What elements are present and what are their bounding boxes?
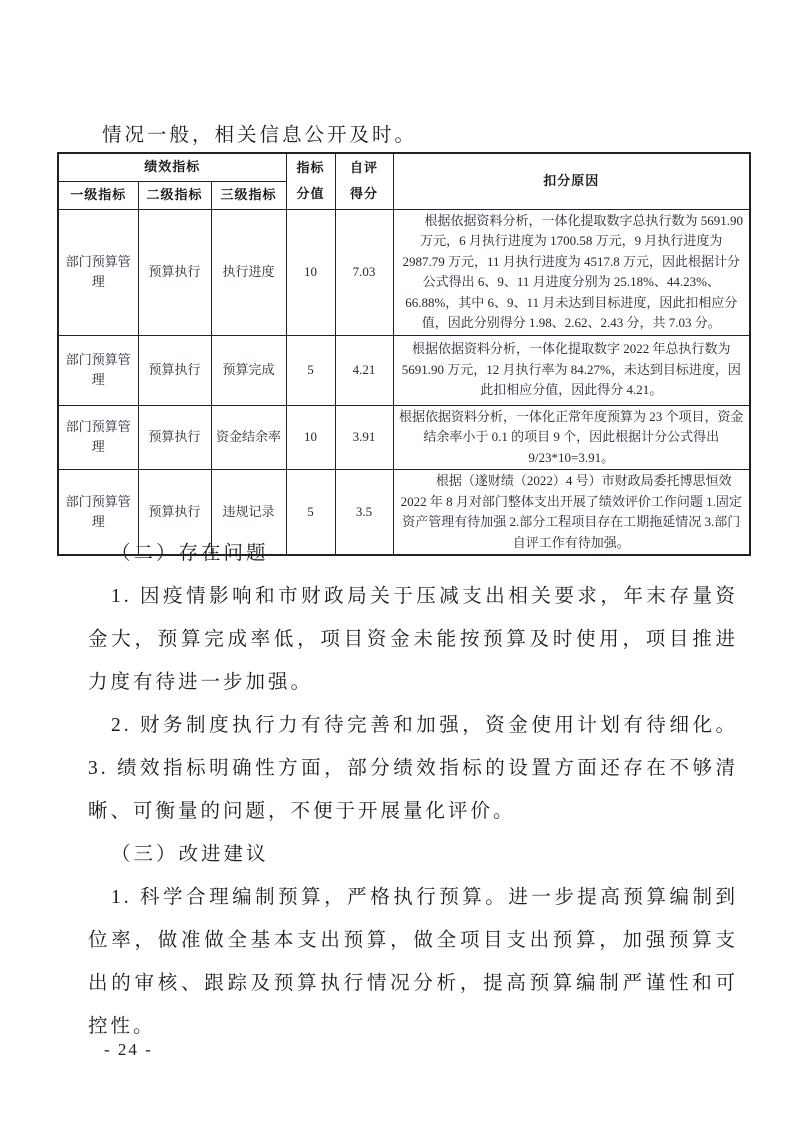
page-number: - 24 -: [104, 1040, 153, 1060]
header-indicator-score-line1: 指标: [291, 155, 331, 181]
header-level3: 三级指标: [211, 181, 286, 209]
section-heading-suggestions: （三）改进建议: [88, 833, 738, 876]
level2-cell: 预算执行: [138, 335, 211, 405]
level3-cell: 资金结余率: [211, 405, 286, 470]
section-heading-problems: （二）存在问题: [88, 532, 738, 575]
self-score-cell: 3.91: [335, 405, 393, 470]
body-text-block: （二）存在问题 1. 因疫情影响和市财政局关于压减支出相关要求，年末存量资金大，…: [88, 532, 738, 1048]
level1-cell: 部门预算管理: [58, 335, 138, 405]
reason-cell: 根据依据资料分析，一体化提取数字总执行数为 5691.90 万元，6 月执行进度…: [393, 209, 750, 335]
suggestions-paragraph-1: 1. 科学合理编制预算，严格执行预算。进一步提高预算编制到位率，做准做全基本支出…: [88, 876, 738, 1048]
self-score-cell: 7.03: [335, 209, 393, 335]
level1-cell: 部门预算管理: [58, 405, 138, 470]
header-deduction-reason: 扣分原因: [393, 153, 750, 209]
document-page: 情况一般，相关信息公开及时。 绩效指标 指标 分值 自评 得分 扣分原因 一级指…: [0, 0, 793, 1122]
table-row: 部门预算管理 预算执行 预算完成 5 4.21 根据依据资料分析，一体化提取数字…: [58, 335, 750, 405]
header-indicator-score: 指标 分值: [286, 153, 335, 209]
reason-cell: 根据依据资料分析，一体化提取数字 2022 年总执行数为 5691.90 万元，…: [393, 335, 750, 405]
level2-cell: 预算执行: [138, 209, 211, 335]
header-level2: 二级指标: [138, 181, 211, 209]
score-cell: 10: [286, 209, 335, 335]
header-level1: 一级指标: [58, 181, 138, 209]
score-cell: 5: [286, 335, 335, 405]
reason-cell: 根据依据资料分析，一体化正常年度预算为 23 个项目，资金结余率小于 0.1 的…: [393, 405, 750, 470]
header-self-score-line1: 自评: [340, 155, 389, 181]
level3-cell: 执行进度: [211, 209, 286, 335]
self-score-cell: 4.21: [335, 335, 393, 405]
level1-cell: 部门预算管理: [58, 209, 138, 335]
level2-cell: 预算执行: [138, 405, 211, 470]
performance-indicator-table: 绩效指标 指标 分值 自评 得分 扣分原因 一级指标 二级指标 三级指标 部门预…: [57, 152, 751, 556]
problems-paragraph-2: 2. 财务制度执行力有待完善和加强，资金使用计划有待细化。3. 绩效指标明确性方…: [88, 704, 738, 833]
header-indicator-score-line2: 分值: [291, 181, 331, 207]
table-header-row-1: 绩效指标 指标 分值 自评 得分 扣分原因: [58, 153, 750, 181]
problems-paragraph-1: 1. 因疫情影响和市财政局关于压减支出相关要求，年末存量资金大，预算完成率低，项…: [88, 575, 738, 704]
header-self-score-line2: 得分: [340, 181, 389, 207]
score-cell: 10: [286, 405, 335, 470]
header-self-score: 自评 得分: [335, 153, 393, 209]
header-performance-indicators: 绩效指标: [58, 153, 286, 181]
table-row: 部门预算管理 预算执行 执行进度 10 7.03 根据依据资料分析，一体化提取数…: [58, 209, 750, 335]
intro-paragraph: 情况一般，相关信息公开及时。: [102, 122, 742, 150]
table-row: 部门预算管理 预算执行 资金结余率 10 3.91 根据依据资料分析，一体化正常…: [58, 405, 750, 470]
level3-cell: 预算完成: [211, 335, 286, 405]
